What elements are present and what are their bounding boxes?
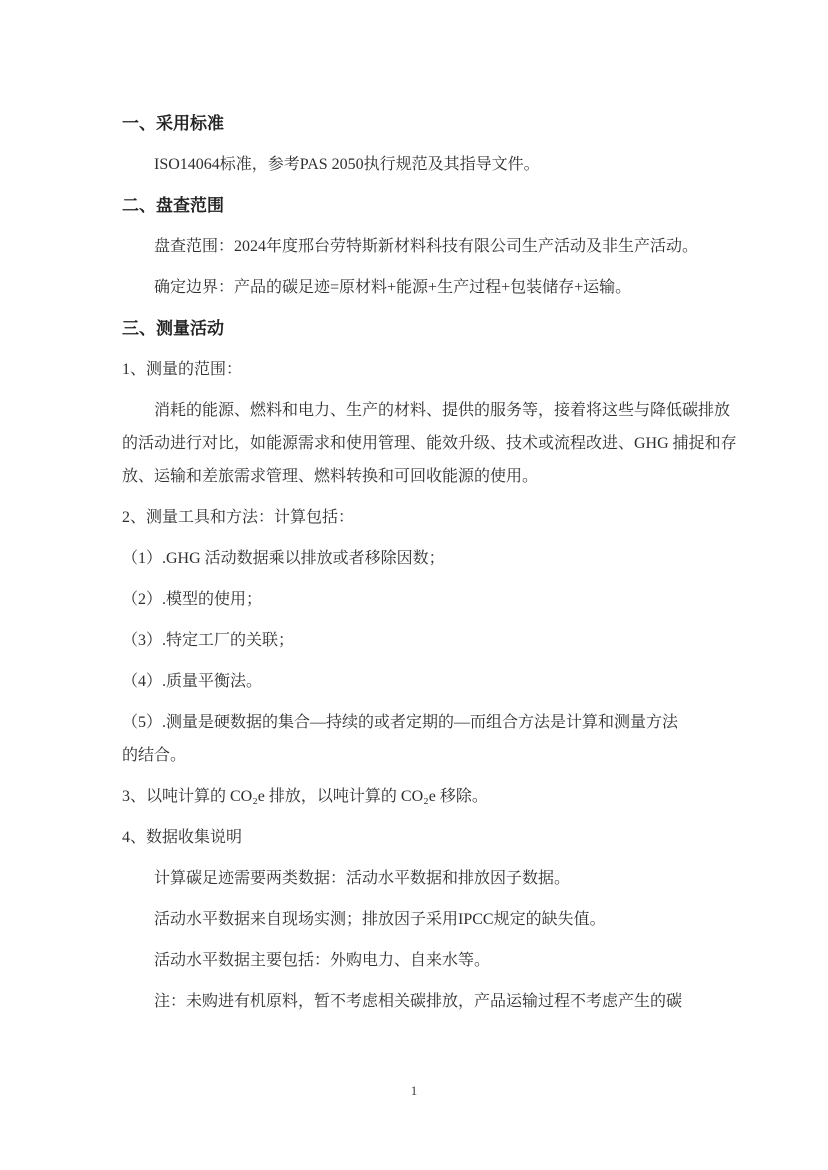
heading-adopted-standard: 一、采用标准 — [122, 107, 706, 140]
heading-measurement-activity: 三、测量活动 — [122, 312, 706, 345]
para-method-5: （5）.测量是硬数据的集合—持续的或者定期的—而组合方法是计算和测量方法的结合。 — [122, 706, 706, 772]
para-method-2: （2）.模型的使用； — [122, 583, 706, 616]
para-measurement-range-title: 1、测量的范围： — [122, 353, 706, 386]
para-method-3: （3）.特定工厂的关联； — [122, 624, 706, 657]
document-page: 一、采用标准ISO14064标准，参考PAS 2050执行规范及其指导文件。二、… — [0, 0, 828, 1170]
para-note: 注：未购进有机原料，暂不考虑相关碳排放，产品运输过程不考虑产生的碳 — [122, 985, 706, 1018]
para-boundary: 确定边界：产品的碳足迹=原材料+能源+生产过程+包装储存+运输。 — [122, 271, 706, 304]
page-number: 1 — [411, 1083, 418, 1098]
document-content: 一、采用标准ISO14064标准，参考PAS 2050执行规范及其指导文件。二、… — [122, 107, 706, 1026]
para-data-sources: 活动水平数据来自现场实测；排放因子采用IPCC规定的缺失值。 — [122, 903, 706, 936]
para-measurement-range-body: 消耗的能源、燃料和电力、生产的材料、提供的服务等，接着将这些与降低碳排放的活动进… — [122, 394, 706, 493]
para-data-types: 计算碳足迹需要两类数据：活动水平数据和排放因子数据。 — [122, 862, 706, 895]
para-data-includes: 活动水平数据主要包括：外购电力、自来水等。 — [122, 944, 706, 977]
para-data-collection-title: 4、数据收集说明 — [122, 821, 706, 854]
para-method-4: （4）.质量平衡法。 — [122, 665, 706, 698]
para-adopted-standard: ISO14064标准，参考PAS 2050执行规范及其指导文件。 — [122, 148, 706, 181]
para-co2e: 3、以吨计算的 CO₂e 排放，以吨计算的 CO₂e 移除。 — [122, 780, 706, 813]
para-method-1: （1）.GHG 活动数据乘以排放或者移除因数； — [122, 542, 706, 575]
heading-inventory-scope: 二、盘查范围 — [122, 189, 706, 222]
para-tools-methods-title: 2、测量工具和方法：计算包括： — [122, 501, 706, 534]
para-inventory-scope: 盘查范围：2024年度邢台劳特斯新材料科技有限公司生产活动及非生产活动。 — [122, 230, 706, 263]
page-footer: 1 — [0, 1082, 828, 1100]
